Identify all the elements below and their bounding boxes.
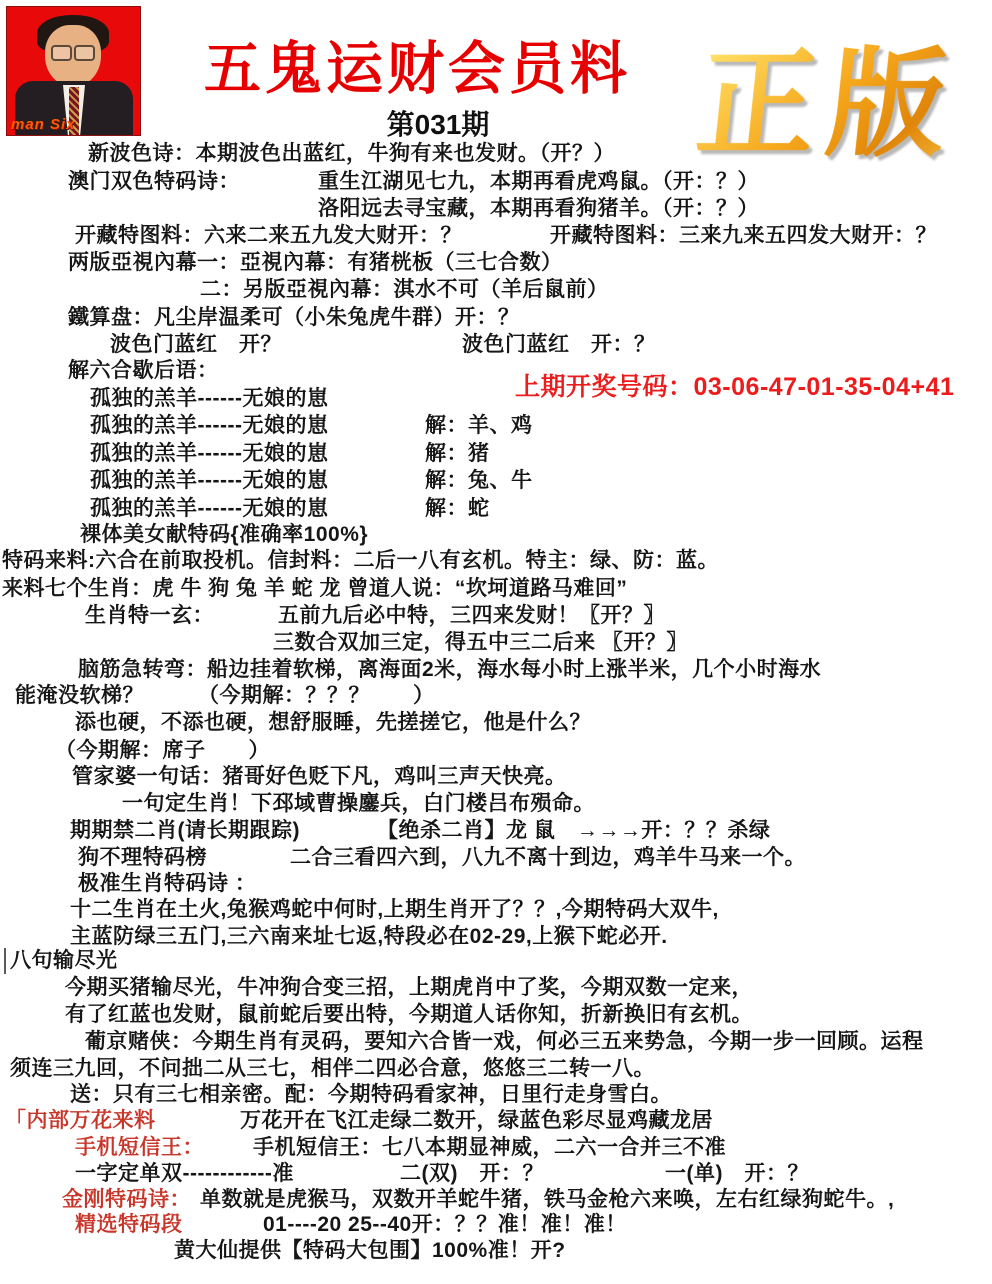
line-huangdaxian: 黄大仙提供【特码大包围】100%准！开? [174, 1238, 566, 1264]
line-seven-zodiac: 来料七个生肖：虎 牛 狗 兔 羊 蛇 龙 曾道人说：“坎坷道路马难回” [2, 576, 627, 602]
line-kaicang-left: 开藏特图料：六来二来五九发大财开：？ [75, 223, 462, 249]
line-jizhun-poem-2: 主蓝防绿三五门,三六南来址七返,特段必在02-29,上猴下蛇必开. [70, 924, 668, 950]
page-title: 五鬼运财会员料 [190, 38, 645, 100]
line-jizhun-poem-1: 十二生肖在土火,兔猴鸡蛇中何时,上期生肖开了？？,今期特码大双牛, [70, 897, 719, 923]
line-baju-2: 有了红蓝也发财，鼠前蛇后要出特，今期道人话你知，折新换旧有玄机。 [65, 1002, 753, 1028]
line-xiehouyu-1: 孤独的羔羊------无娘的崽 [90, 386, 328, 412]
line-yashi-1: 两版亞視內幕一：亞視內幕：有猪桄板（三七合数） [68, 250, 563, 276]
line-riddle-1b: 能淹没软梯？ （今期解：？？？ ） [15, 683, 435, 709]
line-neibu-text: 万花开在飞江走绿二数开，绿蓝色彩尽显鸡藏龙居 [240, 1108, 713, 1134]
line-danshuang-2: 二(双) 开：？ [400, 1161, 544, 1187]
line-kaicang-right: 开藏特图料：三来九来五四发大财开：？ [550, 223, 937, 249]
line-luoti: 裸体美女献特码{准确率100%} [80, 522, 368, 548]
line-xiehouyu-5: 孤独的羔羊------无娘的崽 [90, 496, 328, 522]
line-new-bose-poem: 新波色诗：本期波色出蓝红，牛狗有来也发财。（开？） [88, 141, 615, 167]
line-pujing: 葡京赌侠：今期生肖有灵码，要知六合皆一戏，何必三五来势急，今期一步一回顾。运程 [85, 1029, 924, 1055]
line-sms-text: 手机短信王：七八本期显神威，二六一合并三不准 [253, 1135, 726, 1161]
line-aomen-label: 澳门双色特码诗： [68, 169, 240, 195]
line-juesha-two-zodiac: 【绝杀二肖】龙 鼠 →→→开：？？杀绿 [377, 818, 770, 844]
line-shengxiao-1: 五前九后必中特，三四来发财！〖开？〗 [278, 603, 665, 629]
line-tema-laili: 特码来料:六合在前取投机。信封料：二后一八有玄机。特主：绿、防：蓝。 [2, 548, 719, 574]
line-danshuang: 一字定单双------------准 [75, 1161, 294, 1187]
line-jie-2: 解：猪 [425, 441, 490, 467]
line-baju-1: 今期买猪输尽光，牛冲狗合变三招，上期虎肖中了奖，今期双数一定来， [65, 975, 753, 1001]
line-xiehouyu-3: 孤独的羔羊------无娘的崽 [90, 441, 328, 467]
line-jingang-label: 金刚特码诗： [62, 1187, 191, 1213]
line-baju-header: 八句输尽光 [4, 948, 118, 974]
photo-watermark-text: man Six [11, 116, 76, 133]
line-pujing-2: 须连三九回，不问拙二从三七，相伴二四必合意，悠悠三二转一八。 [10, 1056, 655, 1082]
line-bosemen-right: 波色门蓝红 开：？ [462, 332, 656, 358]
line-xiehouyu-header: 解六合歇后语： [68, 358, 219, 384]
line-jizhun-header: 极准生肖特码诗 ： [78, 871, 256, 897]
line-jingang-text: 单数就是虎猴马，双数开羊蛇牛猪，铁马金枪六来唤，左右红绿狗蛇牛。, [200, 1187, 894, 1213]
line-tiesuanpan: 鐵算盘：凡尘岸温柔可（小朱兔虎牛群）开：？ [68, 305, 520, 331]
edition-watermark: 正版 [691, 40, 992, 170]
member-photo: man Six [6, 6, 141, 136]
line-xiehouyu-4: 孤独的羔羊------无娘的崽 [90, 468, 328, 494]
line-jie-4: 解：蛇 [425, 496, 490, 522]
line-yijuding: 一句定生肖！下邳域曹操鏖兵，白门楼吕布殒命。 [122, 791, 595, 817]
last-draw-numbers: 上期开奖号码：03-06-47-01-35-04+41 [515, 374, 954, 400]
line-yashi-2: 二：另版亞視內幕：淇水不可（羊后鼠前） [200, 277, 609, 303]
line-aomen-poem-2: 洛阳远去寻宝藏，本期再看狗猪羊。（开：？） [318, 196, 759, 222]
line-sms-label: 手机短信王： [75, 1135, 204, 1161]
line-goubuli-label: 狗不理特码榜 [78, 845, 207, 871]
line-goubuli-text: 二合三看四六到，八九不离十到边，鸡羊牛马来一个。 [290, 845, 806, 871]
line-aomen-poem-1: 重生江湖见七九，本期再看虎鸡鼠。（开：？） [318, 169, 759, 195]
lottery-tip-sheet: man Six 五鬼运财会员料 第031期 正版 新波色诗：本期波色出蓝红，牛狗… [0, 0, 992, 1284]
line-bosemen-left: 波色门蓝红 开？ [110, 332, 282, 358]
glasses-icon [51, 45, 95, 58]
line-jie-1: 解：羊、鸡 [425, 413, 533, 439]
line-xiehouyu-2: 孤独的羔羊------无娘的崽 [90, 413, 328, 439]
line-jingxuan-label: 精选特码段 [75, 1212, 183, 1238]
line-shengxiao-2: 三数合双加三定，得五中三二后来 〖开？〗 [273, 630, 688, 656]
issue-number: 第031期 [383, 103, 493, 143]
line-riddle-2-answer: （今期解：席子 ） [55, 738, 270, 764]
line-shengxiao-label: 生肖特一玄： [85, 603, 214, 629]
line-jie-3: 解：兔、牛 [425, 468, 533, 494]
line-riddle-2: 添也硬，不添也硬，想舒服睡，先搓搓它，他是什么？ [75, 710, 591, 736]
line-song-pei: 送：只有三七相亲密。配：今期特码看家神，日里行走身雪白。 [70, 1082, 672, 1108]
line-neibu-label: 「内部万花来料 [5, 1108, 156, 1134]
line-guanjiapo: 管家婆一句话：猪哥好色贬下凡，鸡叫三声天快亮。 [72, 764, 567, 790]
line-ban-two-zodiac: 期期禁二肖(请长期跟踪) [70, 818, 300, 844]
line-riddle-1: 脑筋急转弯：船边挂着软梯，离海面2米，海水每小时上涨半米，几个小时海水 [78, 657, 821, 683]
line-jingxuan-text: 01----20 25--40开：？？准！准！准！ [263, 1212, 627, 1238]
line-danshuang-3: 一(单) 开：？ [665, 1161, 809, 1187]
